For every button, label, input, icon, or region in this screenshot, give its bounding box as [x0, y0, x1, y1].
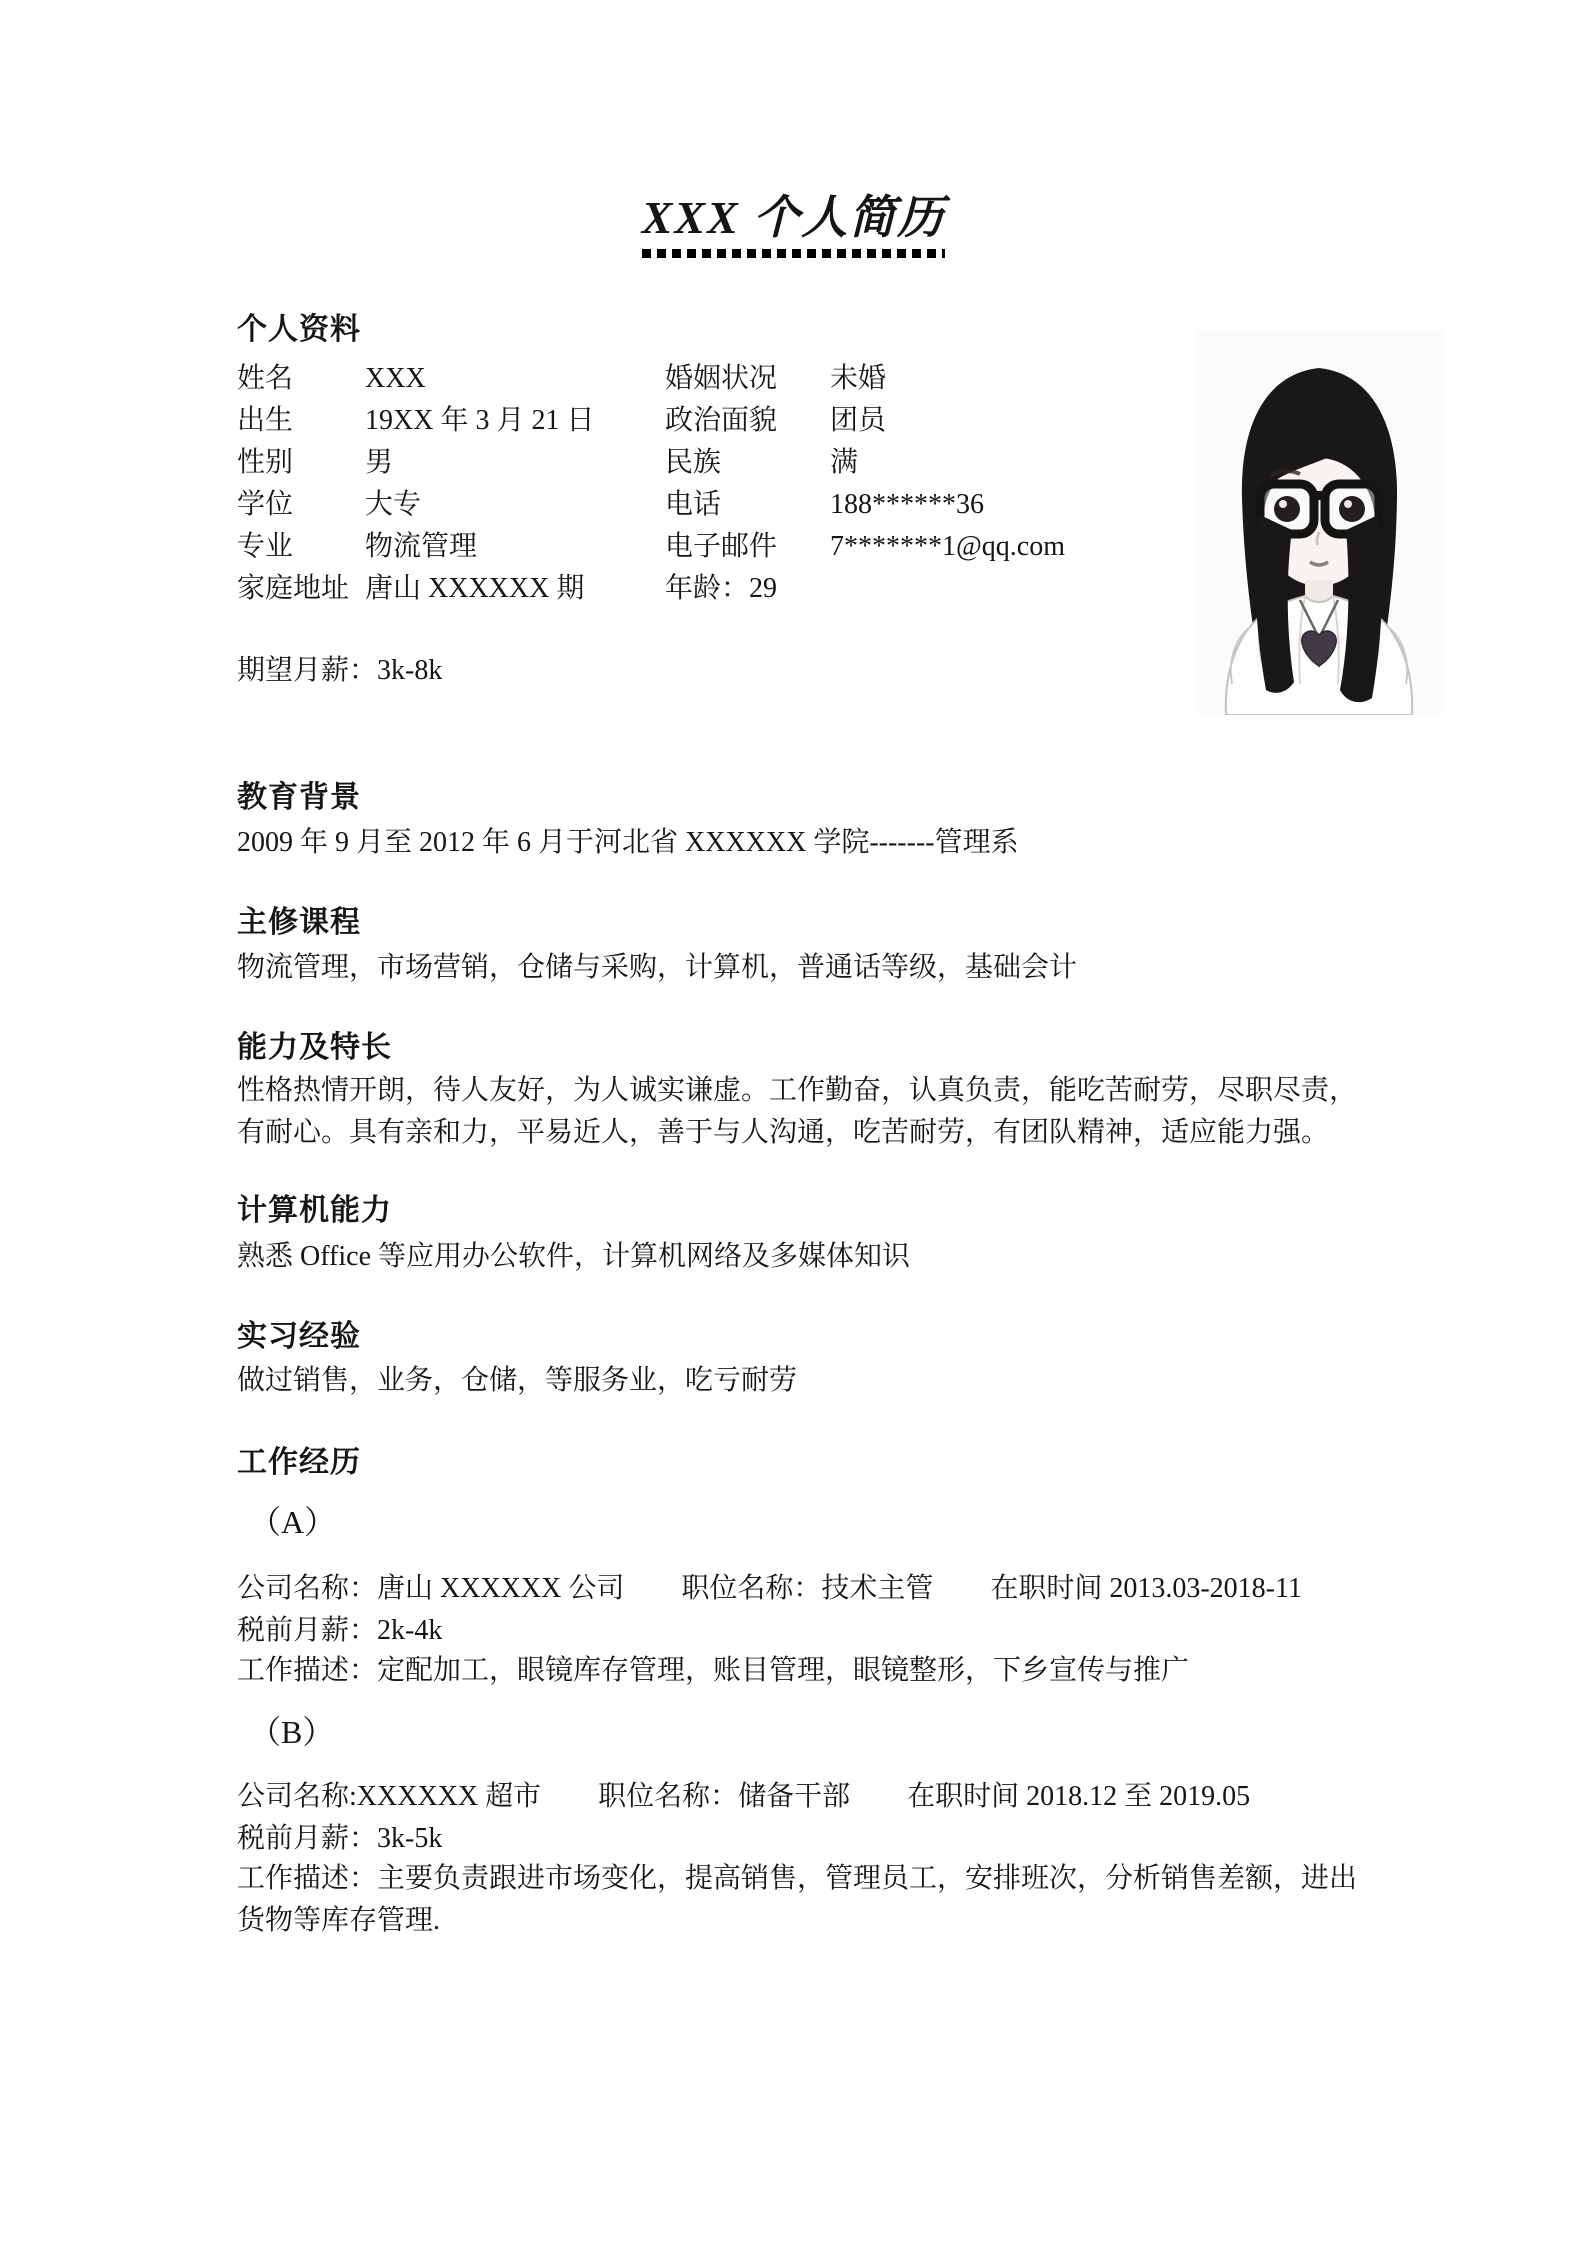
education-text: 2009 年 9 月至 2012 年 6 月于河北省 XXXXXX 学院----… — [237, 822, 1019, 864]
field-label: 年龄：29 — [665, 568, 830, 610]
field-label: 家庭地址 — [237, 568, 365, 610]
portrait-illustration — [1196, 330, 1444, 715]
field-value: 团员 — [830, 400, 1065, 442]
section-heading-computer: 计算机能力 — [237, 1194, 392, 1228]
field-value — [830, 568, 1065, 610]
field-label: 婚姻状况 — [665, 358, 830, 400]
field-value: 满 — [830, 442, 1065, 484]
job-a-salary: 税前月薪：2k-4k — [237, 1610, 442, 1652]
section-heading-education: 教育背景 — [237, 781, 361, 815]
internship-text: 做过销售，业务，仓储，等服务业，吃亏耐劳 — [237, 1360, 797, 1402]
page-title: XXX 个人简历 — [642, 188, 946, 248]
field-label: 电子邮件 — [665, 526, 830, 568]
section-heading-work: 工作经历 — [237, 1446, 361, 1480]
job-period: 在职时间 2013.03-2018-11 — [990, 1568, 1302, 1610]
job-b-description: 工作描述：主要负责跟进市场变化，提高销售，管理员工，安排班次，分析销售差额，进出… — [237, 1858, 1359, 1942]
field-label: 出生 — [237, 400, 365, 442]
field-value: 大专 — [365, 484, 665, 526]
title-dotted-underline — [642, 249, 946, 258]
field-value: 物流管理 — [365, 526, 665, 568]
section-heading-abilities: 能力及特长 — [237, 1031, 392, 1065]
field-value: 未婚 — [830, 358, 1065, 400]
job-company: 公司名称：唐山 XXXXXX 公司 — [237, 1568, 624, 1610]
job-company: 公司名称:XXXXXX 超市 — [237, 1776, 541, 1818]
field-value: 7*******1@qq.com — [830, 526, 1065, 568]
job-period: 在职时间 2018.12 至 2019.05 — [907, 1776, 1250, 1818]
job-position: 职位名称：储备干部 — [598, 1776, 850, 1818]
field-label: 电话 — [665, 484, 830, 526]
courses-text: 物流管理，市场营销，仓储与采购，计算机，普通话等级，基础会计 — [237, 947, 1077, 989]
field-label: 性别 — [237, 442, 365, 484]
section-heading-internship: 实习经验 — [237, 1320, 361, 1354]
abilities-text: 性格热情开朗，待人友好，为人诚实谦虚。工作勤奋，认真负责，能吃苦耐劳，尽职尽责，… — [237, 1070, 1359, 1154]
job-b-salary: 税前月薪：3k-5k — [237, 1818, 442, 1860]
field-label: 民族 — [665, 442, 830, 484]
job-b-tag: （B） — [237, 1712, 334, 1752]
field-value: 唐山 XXXXXX 期 — [365, 568, 665, 610]
field-value: 19XX 年 3 月 21 日 — [365, 400, 665, 442]
field-label: 学位 — [237, 484, 365, 526]
job-a-tag: （A） — [237, 1502, 336, 1542]
job-position: 职位名称：技术主管 — [681, 1568, 933, 1610]
job-a-description: 工作描述：定配加工，眼镜库存管理，账目管理，眼镜整形，下乡宣传与推广 — [237, 1650, 1359, 1692]
computer-text: 熟悉 Office 等应用办公软件，计算机网络及多媒体知识 — [237, 1236, 910, 1278]
field-label: 姓名 — [237, 358, 365, 400]
profile-info-grid: 姓名 XXX 婚姻状况 未婚 出生 19XX 年 3 月 21 日 政治面貌 团… — [237, 358, 1065, 610]
field-label: 专业 — [237, 526, 365, 568]
section-heading-courses: 主修课程 — [237, 906, 361, 940]
job-a-meta-row: 公司名称：唐山 XXXXXX 公司 职位名称：技术主管 在职时间 2013.03… — [237, 1568, 1302, 1610]
expected-salary: 期望月薪：3k-8k — [237, 650, 442, 692]
section-heading-profile: 个人资料 — [237, 313, 361, 347]
field-value: 188******36 — [830, 484, 1065, 526]
field-value: 男 — [365, 442, 665, 484]
field-value: XXX — [365, 358, 665, 400]
title-block: XXX 个人简历 — [0, 188, 1587, 258]
job-b-meta-row: 公司名称:XXXXXX 超市 职位名称：储备干部 在职时间 2018.12 至 … — [237, 1776, 1250, 1818]
field-label: 政治面貌 — [665, 400, 830, 442]
resume-page: XXX 个人简历 — [0, 0, 1587, 2245]
